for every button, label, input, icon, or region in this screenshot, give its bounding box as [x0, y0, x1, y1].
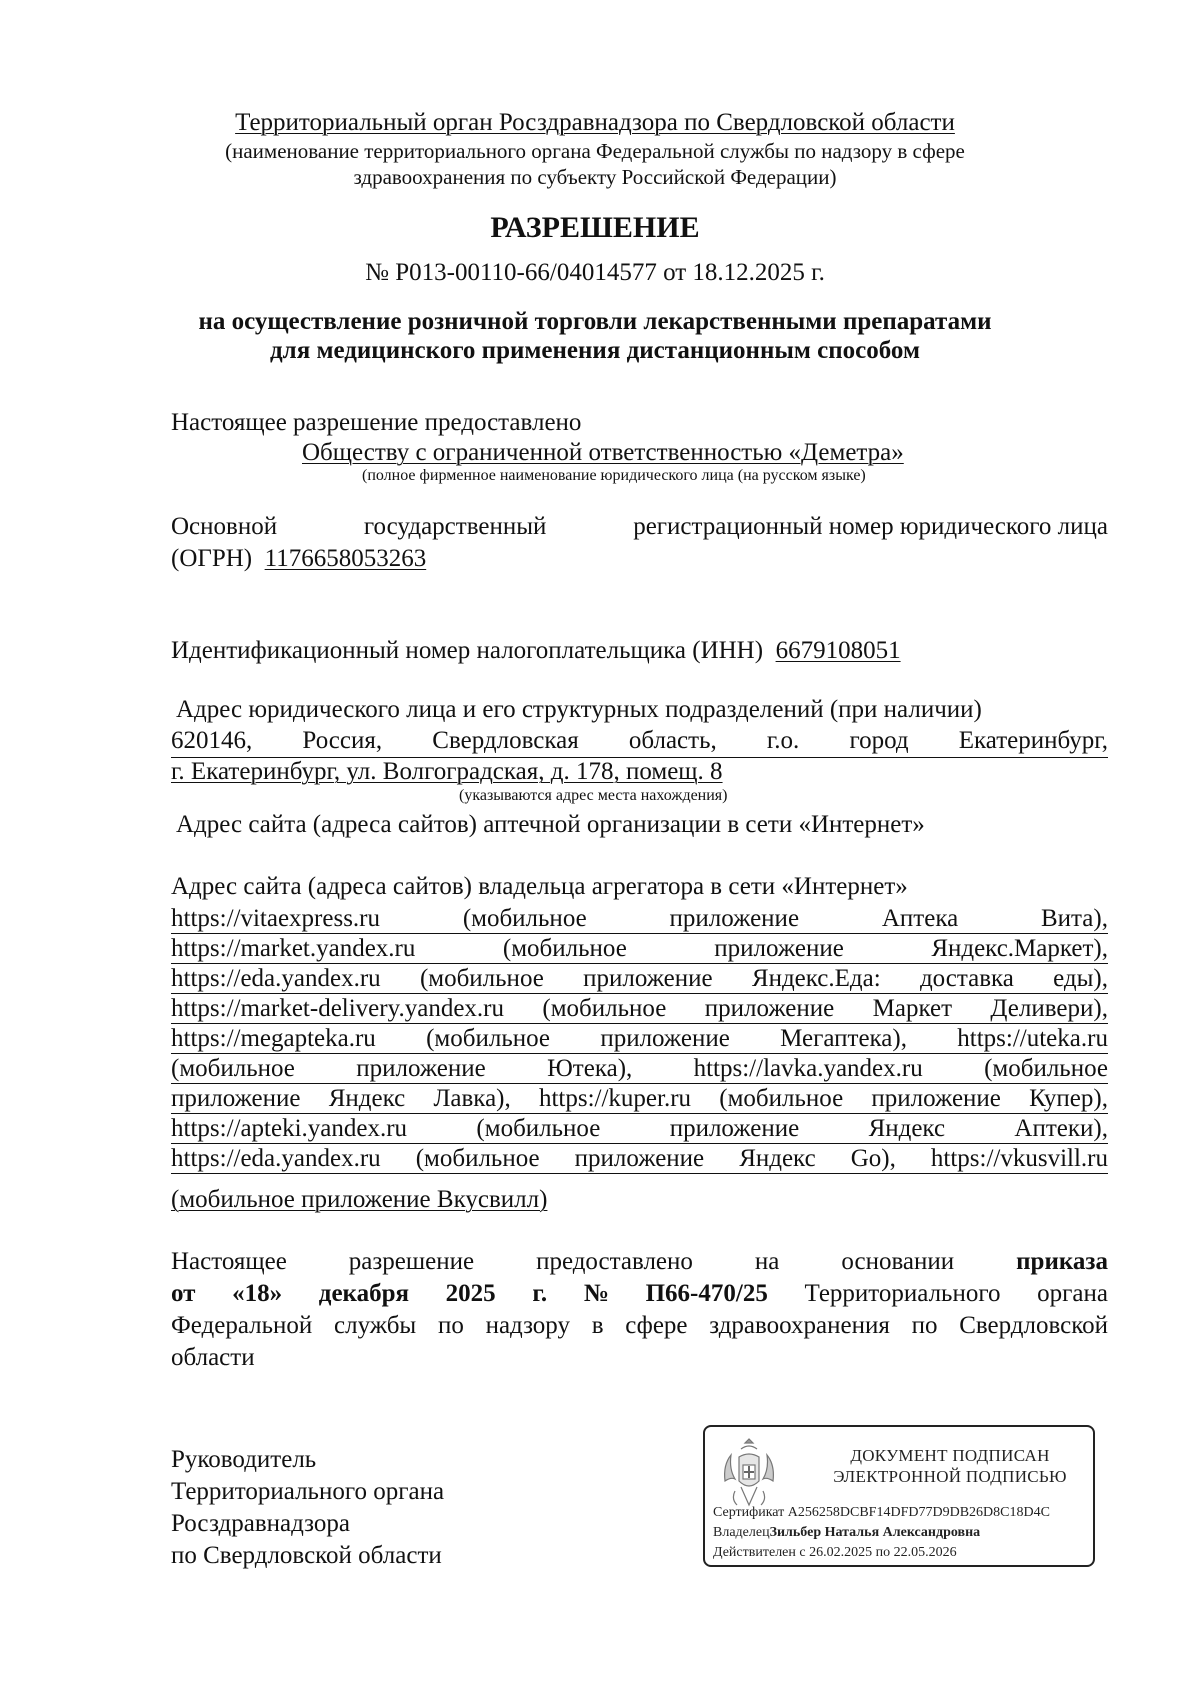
owner-value: Зильбер Наталья Александровна — [770, 1525, 981, 1540]
address-word: область, — [629, 726, 717, 757]
aggregator-last-line: (мобильное приложение Вкусвилл) — [171, 1185, 547, 1215]
basis-order-word: г. — [532, 1278, 547, 1310]
site-text: Маркет — [873, 994, 952, 1023]
basis-order-word: от — [171, 1278, 195, 1310]
pharmacy-site-label: Адрес сайта (адреса сайтов) аптечной орг… — [176, 810, 925, 840]
site-text: приложение — [670, 1114, 800, 1143]
address-line-2: г. Екатеринбург, ул. Волгоградская, д. 1… — [171, 757, 723, 787]
site-link[interactable]: https://megapteka.ru — [171, 1024, 376, 1053]
basis-order-word: декабря — [319, 1278, 409, 1310]
site-text: (мобильное — [719, 1084, 843, 1113]
grantee-intro: Настоящее разрешение предоставлено — [171, 408, 581, 438]
address-word: г.о. — [767, 726, 799, 757]
authority-name-text: Территориальный орган Росздравнадзора по… — [235, 109, 955, 136]
grantee-name-text: Обществу с ограниченной ответственностью… — [302, 439, 904, 466]
address-word: город — [849, 726, 908, 757]
site-text: (мобильное — [171, 1054, 295, 1083]
ogrn-row: (ОГРН) 1176658053263 — [171, 544, 426, 574]
signatory-line-4: по Свердловской области — [171, 1540, 442, 1572]
e-signature-title: ДОКУМЕНТ ПОДПИСАН ЭЛЕКТРОННОЙ ПОДПИСЬЮ — [815, 1445, 1085, 1487]
basis-word: Территориального — [805, 1278, 1001, 1310]
address-label: Адрес юридического лица и его структурны… — [176, 695, 982, 725]
ogrn-label-word: регистрационный номер юридического лица — [633, 511, 1108, 543]
site-link[interactable]: https://eda.yandex.ru — [171, 964, 381, 993]
site-text: (мобильное — [426, 1024, 550, 1053]
site-text: приложение — [171, 1084, 301, 1113]
site-text: приложение — [670, 904, 800, 933]
basis-line-2: от «18» декабря 2025 г. № П66-470/25 Тер… — [171, 1278, 1108, 1310]
address-word: Екатеринбург, — [959, 726, 1108, 757]
address-line-1: 620146, Россия, Свердловская область, г.… — [171, 726, 1108, 758]
site-text: Лавка), — [433, 1084, 510, 1113]
site-text: Ютека), — [547, 1054, 632, 1083]
aggregator-site-line: (мобильноеприложениеЮтека),https://lavka… — [171, 1054, 1108, 1084]
document-title: РАЗРЕШЕНИЕ — [0, 210, 1190, 246]
grantee-name-hint: (полное фирменное наименование юридическ… — [362, 466, 866, 486]
site-text: приложение — [714, 934, 844, 963]
aggregator-site-line: https://megapteka.ru(мобильноеприложение… — [171, 1024, 1108, 1054]
address-word: Свердловская — [432, 726, 578, 757]
aggregator-label: Адрес сайта (адреса сайтов) владельца аг… — [171, 872, 908, 902]
site-link[interactable]: https://uteka.ru — [957, 1024, 1108, 1053]
aggregator-last-line-text: (мобильное приложение Вкусвилл) — [171, 1186, 547, 1213]
ogrn-label-word: Основной — [171, 511, 277, 543]
basis-order-word: 2025 — [446, 1278, 496, 1310]
certificate-row: Сертификат A256258DCBF14DFD77D9DB26D8C18… — [713, 1505, 1050, 1521]
authority-hint-2: здравоохранения по субъекту Российской Ф… — [0, 162, 1190, 192]
certificate-label: Сертификат — [713, 1505, 784, 1520]
certificate-value: A256258DCBF14DFD77D9DB26D8C18D4C — [788, 1505, 1050, 1520]
signatory-line-3: Росздравнадзора — [171, 1508, 350, 1540]
inn-value: 6679108051 — [776, 637, 901, 664]
site-text: Яндекс — [869, 1114, 946, 1143]
ogrn-value: 1176658053263 — [265, 545, 427, 572]
ogrn-label-word: государственный — [364, 511, 546, 543]
basis-order-number: П66-470/25 — [646, 1278, 768, 1310]
site-text: приложение — [871, 1084, 1001, 1113]
basis-word: предоставлено — [536, 1246, 693, 1278]
signatory-line-2: Территориального органа — [171, 1476, 444, 1508]
basis-order-word: № — [584, 1278, 609, 1310]
site-text: приложение — [575, 1144, 705, 1173]
aggregator-site-line: https://apteki.yandex.ru(мобильноеприлож… — [171, 1114, 1108, 1144]
aggregator-site-line: приложениеЯндексЛавка),https://kuper.ru(… — [171, 1084, 1108, 1114]
authority-name: Территориальный орган Росздравнадзора по… — [0, 108, 1190, 138]
ogrn-abbr: (ОГРН) — [171, 545, 252, 572]
subject-line-2: для медицинского применения дистанционны… — [0, 336, 1190, 366]
basis-order-word: «18» — [232, 1278, 282, 1310]
aggregator-site-line: https://market-delivery.yandex.ru(мобиль… — [171, 994, 1108, 1024]
site-text: еды), — [1053, 964, 1108, 993]
e-signature-title-1: ДОКУМЕНТ ПОДПИСАН — [815, 1445, 1085, 1466]
basis-word: разрешение — [349, 1246, 474, 1278]
site-text: (мобильное — [984, 1054, 1108, 1083]
owner-row: ВладелецЗильбер Наталья Александровна — [713, 1525, 980, 1541]
site-text: (мобильное — [503, 934, 627, 963]
coat-of-arms-icon — [719, 1435, 779, 1513]
basis-word: на — [755, 1246, 779, 1278]
site-text: Go), — [851, 1144, 896, 1173]
basis-line-1: Настоящее разрешение предоставлено на ос… — [171, 1246, 1108, 1278]
site-link[interactable]: https://market-delivery.yandex.ru — [171, 994, 504, 1023]
basis-word: Настоящее — [171, 1246, 287, 1278]
basis-word: органа — [1037, 1278, 1108, 1310]
aggregator-site-line: https://eda.yandex.ru(мобильноеприложени… — [171, 1144, 1108, 1174]
site-text: Аптека — [882, 904, 958, 933]
basis-word: основании — [841, 1246, 954, 1278]
site-link[interactable]: https://kuper.ru — [539, 1084, 691, 1113]
aggregator-site-line: https://eda.yandex.ru(мобильноеприложени… — [171, 964, 1108, 994]
basis-order-word: приказа — [1016, 1246, 1108, 1278]
site-text: Яндекс.Еда: — [752, 964, 881, 993]
site-link[interactable]: https://apteki.yandex.ru — [171, 1114, 407, 1143]
site-text: (мобильное — [420, 964, 544, 993]
address-hint: (указываются адрес места нахождения) — [459, 786, 728, 806]
site-link[interactable]: https://market.yandex.ru — [171, 934, 415, 963]
aggregator-site-line: https://market.yandex.ru(мобильноеприлож… — [171, 934, 1108, 964]
site-text: Вита), — [1041, 904, 1108, 933]
site-link[interactable]: https://eda.yandex.ru — [171, 1144, 381, 1173]
site-text: приложение — [583, 964, 713, 993]
site-text: Яндекс — [329, 1084, 406, 1113]
e-signature-stamp: ДОКУМЕНТ ПОДПИСАН ЭЛЕКТРОННОЙ ПОДПИСЬЮ С… — [703, 1425, 1095, 1567]
owner-label: Владелец — [713, 1525, 770, 1540]
address-line-2-text: г. Екатеринбург, ул. Волгоградская, д. 1… — [171, 758, 723, 785]
validity-row: Действителен с 26.02.2025 по 22.05.2026 — [713, 1545, 957, 1561]
e-signature-title-2: ЭЛЕКТРОННОЙ ПОДПИСЬЮ — [815, 1466, 1085, 1487]
site-text: Яндекс — [739, 1144, 816, 1173]
address-word: 620146, — [171, 726, 252, 757]
site-text: приложение — [356, 1054, 486, 1083]
site-text: приложение — [600, 1024, 730, 1053]
basis-line-3: Федеральной службы по надзору в сфере зд… — [171, 1311, 1108, 1341]
site-text: доставка — [920, 964, 1014, 993]
address-word: Россия, — [302, 726, 382, 757]
site-text: (мобильное — [463, 904, 587, 933]
grantee-name: Обществу с ограниченной ответственностью… — [302, 438, 904, 468]
site-text: Яндекс.Маркет), — [931, 934, 1108, 963]
site-text: Деливери), — [990, 994, 1108, 1023]
basis-line-4: области — [171, 1343, 255, 1373]
site-link[interactable]: https://vkusvill.ru — [931, 1144, 1108, 1173]
site-text: (мобильное — [476, 1114, 600, 1143]
site-text: (мобильное — [542, 994, 666, 1023]
site-text: (мобильное — [416, 1144, 540, 1173]
signatory-line-1: Руководитель — [171, 1444, 316, 1476]
site-text: Мегаптека), — [780, 1024, 907, 1053]
site-text: Купер), — [1029, 1084, 1108, 1113]
permit-number: № Р013-00110-66/04014577 от 18.12.2025 г… — [0, 258, 1190, 288]
subject-line-1: на осуществление розничной торговли лека… — [0, 307, 1190, 337]
site-link[interactable]: https://lavka.yandex.ru — [694, 1054, 923, 1083]
ogrn-label: Основной государственный регистрационный… — [171, 511, 1108, 543]
aggregator-site-line: https://vitaexpress.ru(мобильноеприложен… — [171, 904, 1108, 934]
inn-label: Идентификационный номер налогоплательщик… — [171, 637, 763, 664]
inn-row: Идентификационный номер налогоплательщик… — [171, 636, 901, 666]
site-link[interactable]: https://vitaexpress.ru — [171, 904, 380, 933]
site-text: Аптеки), — [1014, 1114, 1108, 1143]
site-text: приложение — [705, 994, 835, 1023]
